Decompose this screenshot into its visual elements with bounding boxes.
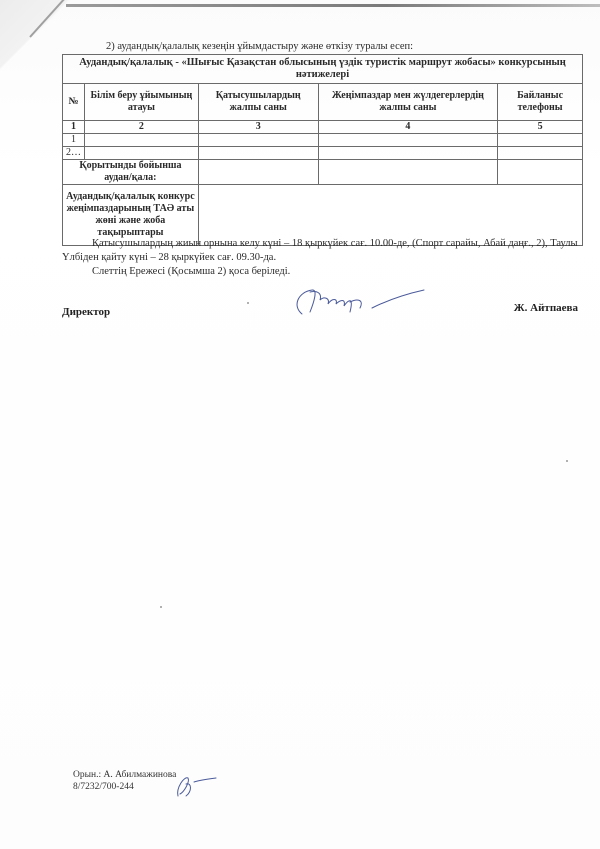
scanned-page: 2) аудандық/қалалық кезеңін ұйымдастыру … xyxy=(0,0,600,849)
col-num: 3 xyxy=(198,121,318,134)
cell xyxy=(198,147,318,160)
executor-name: Орын.: А. Абилмажинова xyxy=(73,769,176,781)
header-phone: Байланыс телефоны xyxy=(498,84,583,121)
attachment-paragraph: Слеттің Ережесі (Қосымша 2) қоса берілед… xyxy=(62,265,592,279)
scan-speck xyxy=(160,606,162,608)
col-num: 4 xyxy=(318,121,498,134)
director-name: Ж. Айтпаева xyxy=(514,302,578,314)
table-row: 2… xyxy=(63,147,583,160)
row-number: 1 xyxy=(63,134,85,147)
executor-phone: 8/7232/700-244 xyxy=(73,781,176,793)
header-org-name: Білім беру ұйымының атауы xyxy=(85,84,199,121)
total-row: Қорытынды бойынша аудан/қала: xyxy=(63,160,583,185)
col-num: 2 xyxy=(85,121,199,134)
initials-icon xyxy=(170,770,220,800)
scan-speck xyxy=(247,302,249,304)
cell xyxy=(318,147,498,160)
total-label: Қорытынды бойынша аудан/қала: xyxy=(63,160,199,185)
table-header-row: № Білім беру ұйымының атауы Қатысушылард… xyxy=(63,84,583,121)
col-num: 1 xyxy=(63,121,85,134)
cell xyxy=(498,147,583,160)
section-caption: 2) аудандық/қалалық кезеңін ұйымдастыру … xyxy=(106,41,413,52)
cell xyxy=(85,134,199,147)
cell xyxy=(498,134,583,147)
header-number: № xyxy=(63,84,85,121)
director-title: Директор xyxy=(62,306,110,318)
arrival-paragraph: Қатысушылардың жиын орнына келу күні – 1… xyxy=(62,237,592,265)
row-number: 2… xyxy=(63,147,85,160)
executor-block: Орын.: А. Абилмажинова 8/7232/700-244 xyxy=(73,769,176,793)
total-phone xyxy=(498,160,583,185)
cell xyxy=(198,134,318,147)
cell xyxy=(85,147,199,160)
table-row: 1 xyxy=(63,134,583,147)
header-winners: Жеңімпаздар мен жүлдегерлердің жалпы сан… xyxy=(318,84,498,121)
header-participants: Қатысушылардың жалпы саны xyxy=(198,84,318,121)
page-top-edge xyxy=(66,4,600,7)
scan-speck xyxy=(566,460,568,462)
col-num: 5 xyxy=(498,121,583,134)
total-participants xyxy=(198,160,318,185)
total-winners xyxy=(318,160,498,185)
table-title: Аудандық/қалалық - «Шығыс Қазақстан облы… xyxy=(63,55,583,84)
results-table: Аудандық/қалалық - «Шығыс Қазақстан облы… xyxy=(62,54,583,246)
signature-icon xyxy=(288,284,428,324)
folded-corner xyxy=(0,0,70,70)
cell xyxy=(318,134,498,147)
column-number-row: 1 2 3 4 5 xyxy=(63,121,583,134)
